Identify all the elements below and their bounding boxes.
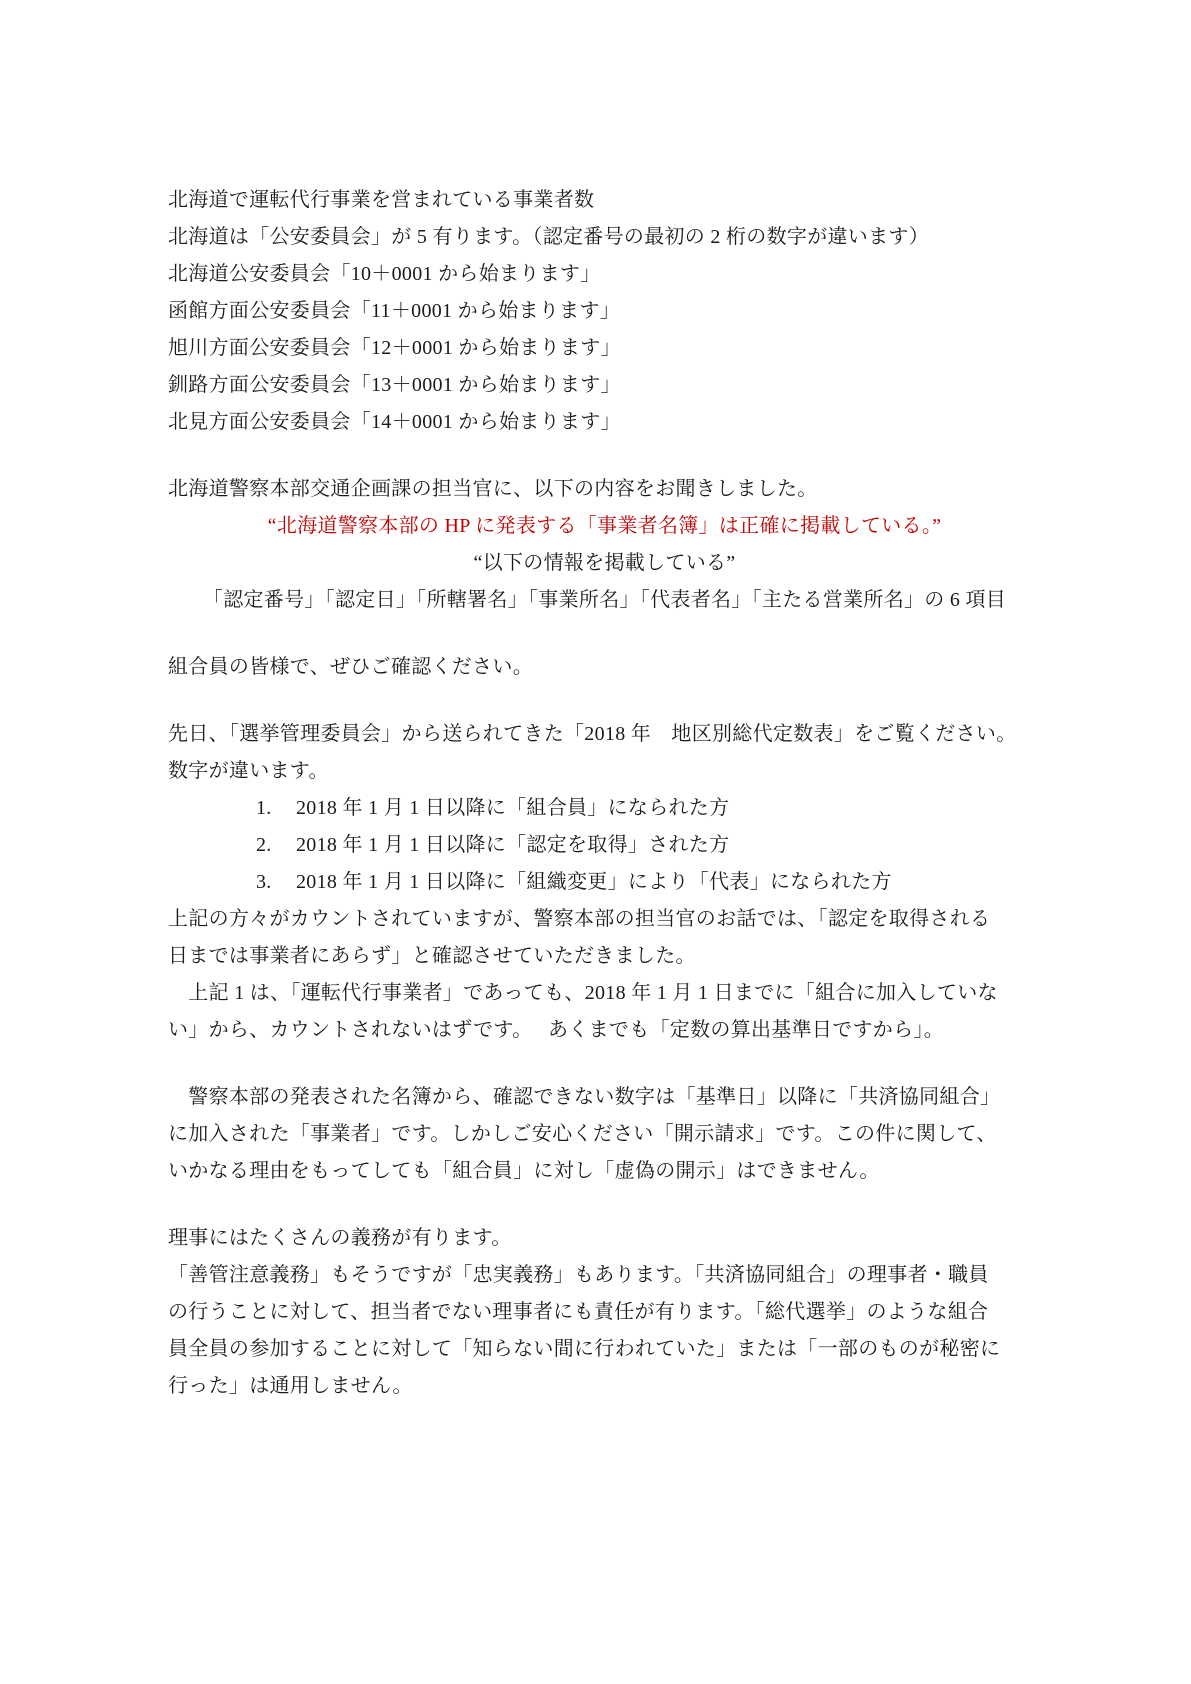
director-duty-paragraph: 理事にはたくさんの義務が有ります。 「善管注意義務」もそうですが「忠実義務」もあ… (168, 1220, 1041, 1405)
counted-members-list: 1.2018 年 1 月 1 日以降に「組合員」になられた方 2.2018 年 … (168, 790, 1041, 901)
count-line-3: 上記 1 は、「運転代行事業者」であっても、2018 年 1 月 1 日までに「… (168, 975, 1041, 1012)
count-line-2: 日までは事業者にあらず」と確認させていただきました。 (168, 938, 1041, 975)
numbers-differ-line: 数字が違います。 (168, 753, 1041, 790)
duty-line-5: 行った」は通用しません。 (168, 1368, 1041, 1405)
intro-line-businesses: 北海道で運転代行事業を営まれている事業者数 (168, 182, 1041, 219)
disclosure-line-3: いかなる理由をもってしても「組合員」に対し「虚偽の開示」はできません。 (168, 1153, 1041, 1190)
duty-line-4: 員全員の参加することに対して「知らない間に行われていた」または「一部のものが秘密… (168, 1331, 1041, 1368)
count-line-4: い」から、カウントされないはずです。 あくまでも「定数の算出基準日ですから」。 (168, 1012, 1041, 1049)
count-line-1: 上記の方々がカウントされていますが、警察本部の担当官のお話では、「認定を取得され… (168, 901, 1041, 938)
inquiry-paragraph: 北海道警察本部交通企画課の担当官に、以下の内容をお聞きしました。 “北海道警察本… (168, 471, 1041, 619)
blank-line (168, 1190, 1041, 1220)
inquiry-red-quote-line: “北海道警察本部の HP に発表する「事業者名簿」は正確に掲載している。” (168, 508, 1041, 545)
intro-line-hakodate: 函館方面公安委員会「11＋0001 から始まります」 (168, 293, 1041, 330)
inquiry-black-quote-line: “以下の情報を掲載している” (168, 545, 1041, 582)
list-number-1: 1. (256, 790, 296, 827)
intro-line-hokkaido: 北海道公安委員会「10＋0001 から始まります」 (168, 256, 1041, 293)
disclosure-line-2: に加入された「事業者」です。しかしご安心ください「開示請求」です。この件に関して… (168, 1116, 1041, 1153)
duty-line-1: 理事にはたくさんの義務が有ります。 (168, 1220, 1041, 1257)
election-table-paragraph: 先日、「選挙管理委員会」から送られてきた「2018 年 地区別総代定数表」をご覧… (168, 716, 1041, 790)
election-table-line: 先日、「選挙管理委員会」から送られてきた「2018 年 地区別総代定数表」をご覧… (168, 716, 1041, 753)
list-item-2: 2.2018 年 1 月 1 日以降に「認定を取得」された方 (168, 827, 1041, 864)
list-number-3: 3. (256, 864, 296, 901)
count-explanation-paragraph: 上記の方々がカウントされていますが、警察本部の担当官のお話では、「認定を取得され… (168, 901, 1041, 1049)
intro-line-kushiro: 釧路方面公安委員会「13＋0001 から始まります」 (168, 367, 1041, 404)
duty-line-3: の行うことに対して、担当者でない理事者にも責任が有ります。「総代選挙」のような組… (168, 1294, 1041, 1331)
confirm-request-line: 組合員の皆様で、ぜひご確認ください。 (168, 649, 1041, 686)
blank-line (168, 1049, 1041, 1079)
disclosure-line-1: 警察本部の発表された名簿から、確認できない数字は「基準日」以降に「共済協同組合」 (168, 1079, 1041, 1116)
intro-line-asahikawa: 旭川方面公安委員会「12＋0001 から始まります」 (168, 330, 1041, 367)
document-page: 北海道で運転代行事業を営まれている事業者数 北海道は「公安委員会」が 5 有りま… (0, 0, 1191, 1684)
list-item-1: 1.2018 年 1 月 1 日以降に「組合員」になられた方 (168, 790, 1041, 827)
list-text-2: 2018 年 1 月 1 日以降に「認定を取得」された方 (296, 834, 729, 856)
blank-line (168, 686, 1041, 716)
list-number-2: 2. (256, 827, 296, 864)
list-text-3: 2018 年 1 月 1 日以降に「組織変更」により「代表」になられた方 (296, 871, 892, 893)
intro-line-kitami: 北見方面公安委員会「14＋0001 から始まります」 (168, 404, 1041, 441)
blank-line (168, 441, 1041, 471)
intro-paragraph: 北海道で運転代行事業を営まれている事業者数 北海道は「公安委員会」が 5 有りま… (168, 182, 1041, 441)
duty-line-2: 「善管注意義務」もそうですが「忠実義務」もあります。「共済協同組合」の理事者・職… (168, 1257, 1041, 1294)
blank-line (168, 619, 1041, 649)
intro-line-commissions: 北海道は「公安委員会」が 5 有ります。（認定番号の最初の 2 桁の数字が違いま… (168, 219, 1041, 256)
inquiry-items-line: 「認定番号」「認定日」「所轄署名」「事業所名」「代表者名」「主たる営業所名」の … (168, 582, 1041, 619)
list-item-3: 3.2018 年 1 月 1 日以降に「組織変更」により「代表」になられた方 (168, 864, 1041, 901)
list-text-1: 2018 年 1 月 1 日以降に「組合員」になられた方 (296, 797, 729, 819)
disclosure-paragraph: 警察本部の発表された名簿から、確認できない数字は「基準日」以降に「共済協同組合」… (168, 1079, 1041, 1190)
inquiry-lead-line: 北海道警察本部交通企画課の担当官に、以下の内容をお聞きしました。 (168, 471, 1041, 508)
